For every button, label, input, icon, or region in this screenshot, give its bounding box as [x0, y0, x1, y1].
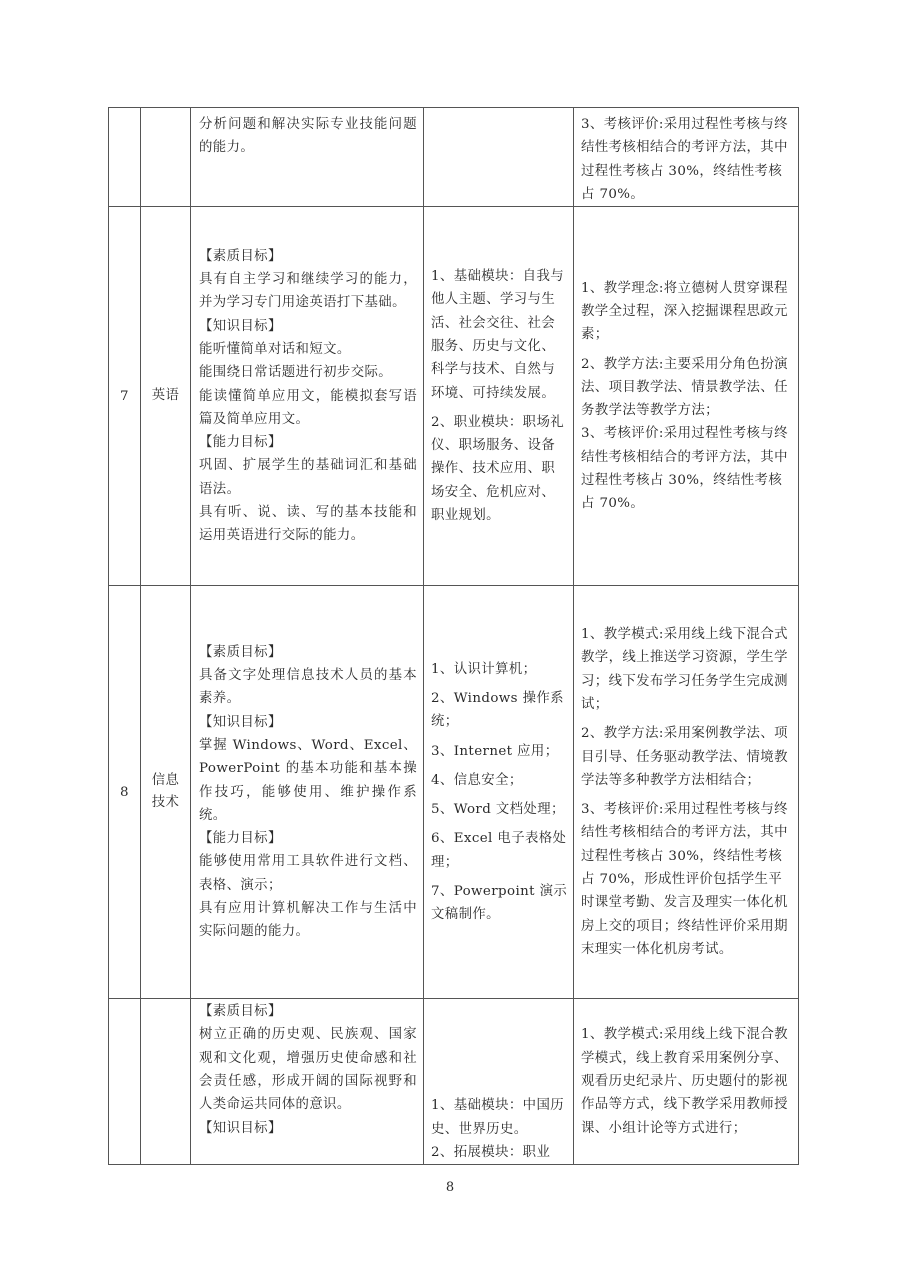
- row-number-cell: 8: [109, 586, 141, 999]
- row-number-cell: [109, 108, 141, 207]
- content-item: 2、拓展模块：职业: [431, 1141, 568, 1164]
- methods-cell: 1、教学模式:采用线上线下混合教学模式，线上教育采用案例分享、观看历史纪录片、历…: [574, 999, 799, 1165]
- content-item: 5、Word 文档处理；: [431, 798, 568, 821]
- method-paragraph: 1、教学模式:采用线上线下混合教学模式，线上教育采用案例分享、观看历史纪录片、历…: [581, 1023, 793, 1139]
- content-item: 3、Internet 应用；: [431, 740, 568, 763]
- content-item: 7、Powerpoint 演示文稿制作。: [431, 880, 568, 927]
- goal-line: 巩固、扩展学生的基础词汇和基础语法。: [199, 454, 417, 501]
- goal-heading: 【素质目标】: [199, 641, 417, 664]
- goal-line: 能围绕日常话题进行初步交际。: [199, 361, 417, 384]
- goal-heading: 【能力目标】: [199, 827, 417, 850]
- content-cell: 1、基础模块：中国历史、世界历史。 2、拓展模块：职业: [424, 999, 574, 1165]
- course-name-cell: [141, 108, 191, 207]
- method-paragraph: 3、考核评价:采用过程性考核与终结性考核相结合的考评方法，其中过程性考核占 30…: [581, 113, 793, 206]
- method-paragraph: 3、考核评价:采用过程性考核与终结性考核相结合的考评方法，其中过程性考核占 30…: [581, 422, 793, 515]
- course-name-cell: 英语: [141, 207, 191, 586]
- goals-cell: 【素质目标】 具备文字处理信息技术人员的基本素养。 【知识目标】 掌握 Wind…: [191, 586, 424, 999]
- course-name-cell: [141, 999, 191, 1165]
- method-paragraph: 2、教学方法:主要采用分角色扮演法、项目教学法、情景教学法、任务教学法等教学方法…: [581, 353, 793, 423]
- method-paragraph: 2、教学方法:采用案例教学法、项目引导、任务驱动教学法、情境教学法等多种教学方法…: [581, 722, 793, 792]
- goal-heading: 【知识目标】: [199, 711, 417, 734]
- table-row: 【素质目标】 树立正确的历史观、民族观、国家观和文化观，增强历史使命感和社会责任…: [109, 999, 799, 1165]
- goal-heading: 【素质目标】: [199, 245, 417, 268]
- page-number: 8: [0, 1180, 900, 1195]
- method-paragraph: 1、教学模式:采用线上线下混合式教学，线上推送学习资源，学生学习；线下发布学习任…: [581, 623, 793, 716]
- course-name: 信息技术: [141, 770, 190, 814]
- goal-line: 分析问题和解决实际专业技能问题的能力。: [199, 113, 417, 160]
- method-paragraph: 1、教学理念:将立德树人贯穿课程教学全过程，深入挖掘课程思政元素；: [581, 277, 793, 347]
- goal-line: 能听懂简单对话和短文。: [199, 338, 417, 361]
- goal-line: 具有应用计算机解决工作与生活中实际问题的能力。: [199, 897, 417, 944]
- row-number-cell: [109, 999, 141, 1165]
- content-item: 2、职业模块：职场礼仪、职场服务、设备操作、技术应用、职场安全、危机应对、: [431, 411, 568, 504]
- methods-cell: 3、考核评价:采用过程性考核与终结性考核相结合的考评方法，其中过程性考核占 30…: [574, 108, 799, 207]
- goal-line: 能够使用常用工具软件进行文档、表格、演示；: [199, 850, 417, 897]
- content-item: 6、Excel 电子表格处理；: [431, 827, 568, 874]
- content-cell: 1、基础模块：自我与他人主题、学习与生活、社会交往、社会服务、历史与文化、科学与…: [424, 207, 574, 586]
- course-table: 分析问题和解决实际专业技能问题的能力。 3、考核评价:采用过程性考核与终结性考核…: [108, 107, 799, 1165]
- goal-heading: 【知识目标】: [199, 1117, 417, 1140]
- goal-line: 具有自主学习和继续学习的能力，并为学习专门用途英语打下基础。: [199, 268, 417, 315]
- content-item: 2、Windows 操作系统；: [431, 687, 568, 734]
- goals-cell: 【素质目标】 树立正确的历史观、民族观、国家观和文化观，增强历史使命感和社会责任…: [191, 999, 424, 1165]
- goals-cell: 【素质目标】 具有自主学习和继续学习的能力，并为学习专门用途英语打下基础。 【知…: [191, 207, 424, 586]
- table-row: 7 英语 【素质目标】 具有自主学习和继续学习的能力，并为学习专门用途英语打下基…: [109, 207, 799, 586]
- goals-cell: 分析问题和解决实际专业技能问题的能力。: [191, 108, 424, 207]
- course-name: 英语: [141, 385, 190, 407]
- content-item: 4、信息安全；: [431, 769, 568, 792]
- content-cell: [424, 108, 574, 207]
- method-paragraph: 3、考核评价:采用过程性考核与终结性考核相结合的考评方法，其中过程性考核占 30…: [581, 798, 793, 961]
- goal-line: 掌握 Windows、Word、Excel、PowerPoint 的基本功能和基…: [199, 734, 417, 827]
- goal-heading: 【素质目标】: [199, 1000, 417, 1023]
- content-item: 1、基础模块：中国历史、世界历史。: [431, 1094, 568, 1141]
- table-row: 8 信息技术 【素质目标】 具备文字处理信息技术人员的基本素养。 【知识目标】 …: [109, 586, 799, 999]
- row-number-cell: 7: [109, 207, 141, 586]
- goal-line: 树立正确的历史观、民族观、国家观和文化观，增强历史使命感和社会责任感，形成开阔的…: [199, 1023, 417, 1116]
- course-name-cell: 信息技术: [141, 586, 191, 999]
- methods-cell: 1、教学理念:将立德树人贯穿课程教学全过程，深入挖掘课程思政元素； 2、教学方法…: [574, 207, 799, 586]
- goal-line: 具有听、说、读、写的基本技能和运用英语进行交际的能力。: [199, 501, 417, 548]
- table-row: 分析问题和解决实际专业技能问题的能力。 3、考核评价:采用过程性考核与终结性考核…: [109, 108, 799, 207]
- goal-line: 具备文字处理信息技术人员的基本素养。: [199, 664, 417, 711]
- goal-line: 能读懂简单应用文，能模拟套写语篇及简单应用文。: [199, 385, 417, 432]
- content-item: 1、基础模块：自我与他人主题、学习与生活、社会交往、社会服务、历史与文化、科学与…: [431, 265, 568, 405]
- content-cell: 1、认识计算机； 2、Windows 操作系统； 3、Internet 应用； …: [424, 586, 574, 999]
- content-item: 1、认识计算机；: [431, 658, 568, 681]
- goal-heading: 【知识目标】: [199, 315, 417, 338]
- content-item: 职业规划。: [431, 504, 568, 527]
- goal-heading: 【能力目标】: [199, 431, 417, 454]
- methods-cell: 1、教学模式:采用线上线下混合式教学，线上推送学习资源，学生学习；线下发布学习任…: [574, 586, 799, 999]
